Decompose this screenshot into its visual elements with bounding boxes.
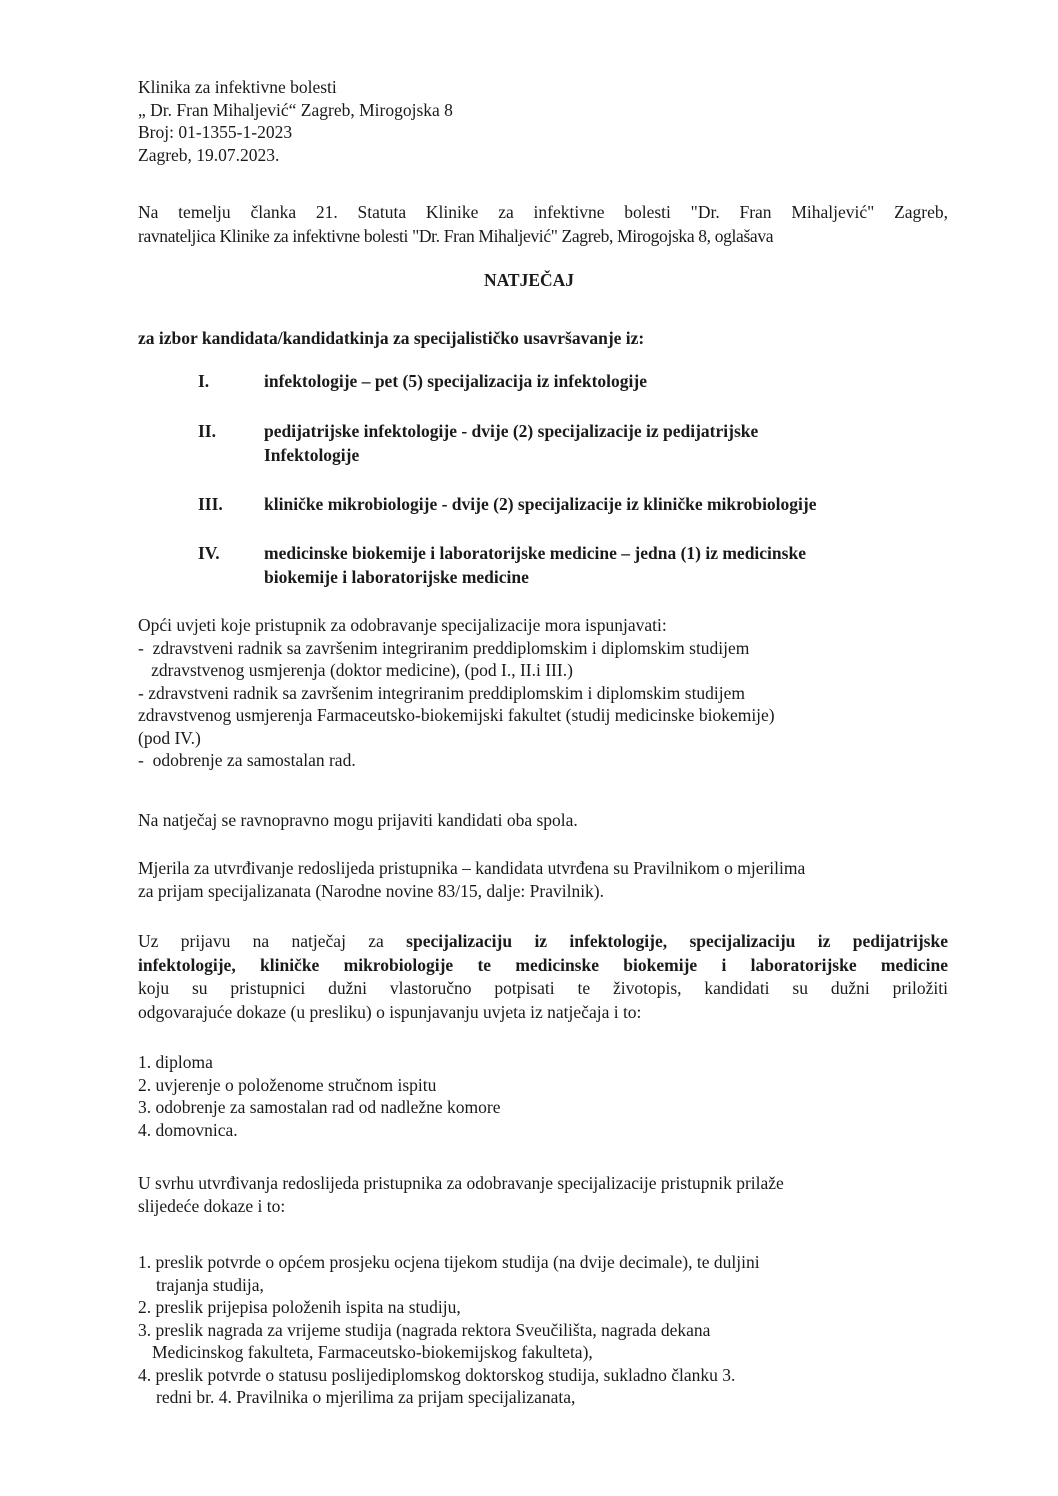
ranking-line-1: U svrhu utvrđivanja redoslijeda pristupn… (138, 1172, 948, 1195)
ranking-documents-list: 1. preslik potvrde o općem prosjeku ocje… (138, 1251, 948, 1409)
equality-note: Na natječaj se ravnopravno mogu prijavit… (138, 809, 948, 832)
ranking-document-text: 1. preslik potvrde o općem prosjeku ocje… (138, 1251, 948, 1274)
general-conditions: Opći uvjeti koje pristupnik za odobravan… (138, 614, 948, 772)
document-page: Klinika za infektivne bolesti „ Dr. Fran… (0, 0, 1058, 1496)
specialization-text: pedijatrijske infektologije - dvije (2) … (264, 419, 758, 443)
required-document-item: 4. domovnica. (138, 1119, 948, 1142)
ranking-document-item-4: 4. preslik potvrde o statusu poslijedipl… (138, 1364, 948, 1409)
specialization-text-cont: biokemije i laboratorijske medicine (264, 565, 529, 589)
document-subtitle: za izbor kandidata/kandidatkinja za spec… (138, 328, 644, 349)
numeral: III. (198, 492, 223, 516)
ranking-document-text-cont: trajanja studija, (138, 1274, 948, 1297)
required-document-item: 1. diploma (138, 1051, 948, 1074)
ranking-document-text: 2. preslik prijepisa položenih ispita na… (138, 1296, 948, 1319)
specialization-text: kliničke mikrobiologije - dvije (2) spec… (264, 492, 817, 516)
criteria-paragraph: Mjerila za utvrđivanje redoslijeda prist… (138, 857, 948, 902)
ranking-line-2: slijedeće dokaze i to: (138, 1195, 948, 1218)
ranking-document-item-3: 3. preslik nagrada za vrijeme studija (n… (138, 1319, 948, 1364)
specialization-text-cont: Infektologije (264, 443, 359, 467)
document-title: NATJEČAJ (0, 270, 1058, 291)
institution-name: Klinika za infektivne bolesti (138, 76, 453, 99)
numeral: I. (198, 369, 209, 393)
application-bold-1: specijalizaciju iz infektologije, specij… (406, 931, 948, 951)
intro-line-1: Na temelju članka 21. Statuta Klinike za… (138, 200, 948, 224)
application-paragraph: Uz prijavu na natječaj za specijalizacij… (138, 930, 948, 1024)
specialization-text: medicinske biokemije i laboratorijske me… (264, 541, 806, 565)
specialization-text: infektologije – pet (5) specijalizacija … (264, 369, 647, 393)
general-conditions-heading: Opći uvjeti koje pristupnik za odobravan… (138, 614, 948, 637)
ranking-paragraph: U svrhu utvrđivanja redoslijeda pristupn… (138, 1172, 948, 1217)
condition-line: zdravstvenog usmjerenja Farmaceutsko-bio… (138, 704, 948, 727)
required-document-item: 3. odobrenje za samostalan rad od nadlež… (138, 1096, 948, 1119)
application-lead: Uz prijavu na natječaj za (138, 931, 406, 951)
condition-line: zdravstvenog usmjerenja (doktor medicine… (138, 659, 948, 682)
criteria-line-1: Mjerila za utvrđivanje redoslijeda prist… (138, 857, 948, 880)
ranking-document-text: 3. preslik nagrada za vrijeme studija (n… (138, 1319, 948, 1342)
ranking-document-text-cont: redni br. 4. Pravilnika o mjerilima za p… (138, 1386, 948, 1409)
condition-line: - zdravstveni radnik sa završenim integr… (138, 682, 948, 705)
numeral: IV. (198, 541, 220, 565)
condition-line: - zdravstveni radnik sa završenim integr… (138, 637, 948, 660)
place-date: Zagreb, 19.07.2023. (138, 144, 453, 167)
reference-number: Broj: 01-1355-1-2023 (138, 121, 453, 144)
application-line-1: Uz prijavu na natječaj za specijalizacij… (138, 930, 948, 954)
ranking-document-text: 4. preslik potvrde o statusu poslijedipl… (138, 1364, 948, 1387)
institution-address: „ Dr. Fran Mihaljević“ Zagreb, Mirogojsk… (138, 99, 453, 122)
ranking-document-item-2: 2. preslik prijepisa položenih ispita na… (138, 1296, 948, 1319)
condition-line: - odobrenje za samostalan rad. (138, 749, 948, 772)
application-line-4: odgovarajuće dokaze (u presliku) o ispun… (138, 1001, 948, 1025)
numeral: II. (198, 419, 216, 443)
required-documents-list: 1. diploma 2. uvjerenje o položenome str… (138, 1051, 948, 1141)
application-bold-2: infektologije, kliničke mikrobiologije t… (138, 954, 948, 978)
condition-line: (pod IV.) (138, 727, 948, 750)
application-line-3: koju su pristupnici dužni vlastoručno po… (138, 977, 948, 1001)
criteria-line-2: za prijam specijalizanata (Narodne novin… (138, 880, 948, 903)
ranking-document-text-cont: Medicinskog fakulteta, Farmaceutsko-biok… (138, 1341, 948, 1364)
intro-line-2: ravnateljica Klinike za infektivne boles… (138, 224, 948, 248)
ranking-document-item-1: 1. preslik potvrde o općem prosjeku ocje… (138, 1251, 948, 1296)
required-document-item: 2. uvjerenje o položenome stručnom ispit… (138, 1074, 948, 1097)
document-header: Klinika za infektivne bolesti „ Dr. Fran… (138, 76, 453, 166)
intro-paragraph: Na temelju članka 21. Statuta Klinike za… (138, 200, 948, 248)
